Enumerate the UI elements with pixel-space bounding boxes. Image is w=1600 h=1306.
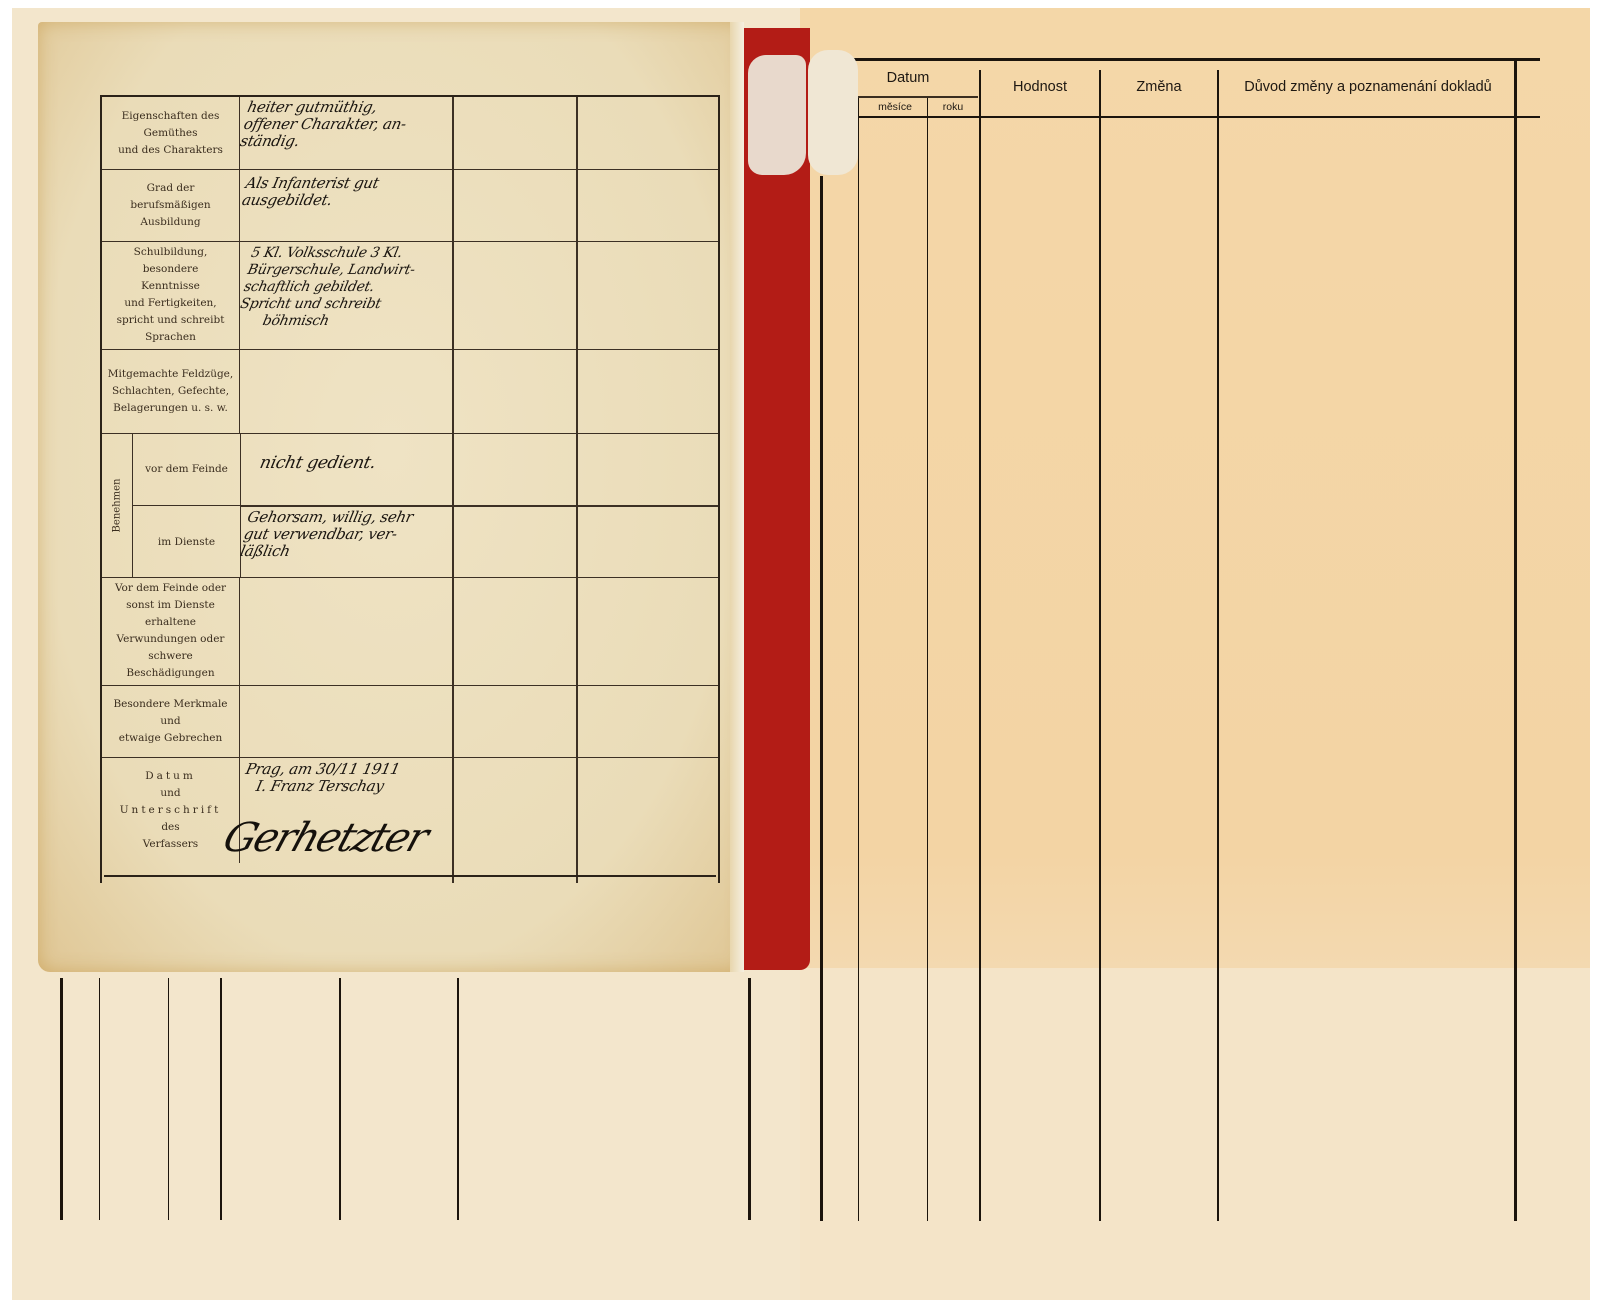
form-row-character: Eigenschaften des Gemüthesund des Charak… bbox=[102, 97, 718, 170]
form-label: Datum und Unterschrift des Verfassers bbox=[102, 757, 240, 863]
form-row-education: Schulbildung, besondere Kenntnisse und F… bbox=[102, 241, 718, 350]
header-zmena: Změna bbox=[1100, 58, 1218, 116]
handwritten-entry: heiter gutmüthig, offener Charakter, an-… bbox=[239, 99, 412, 150]
handwritten-entry: Gehorsam, willig, sehr gut verwendbar, v… bbox=[239, 509, 415, 560]
header-datum: Datum bbox=[838, 58, 978, 98]
form-row-training: Grad der berufsmäßigenAusbildung Als Inf… bbox=[102, 169, 718, 242]
water-stain-right bbox=[808, 50, 858, 175]
conduct-group-label: Benehmen bbox=[102, 433, 133, 577]
col-rule-year bbox=[979, 70, 981, 1221]
form-row-injuries: Vor dem Feinde oder sonst im Dienste erh… bbox=[102, 577, 718, 686]
header-hodnost: Hodnost bbox=[980, 58, 1100, 116]
form-label: Schulbildung, besondere Kenntnisse und F… bbox=[102, 241, 240, 349]
form-bottom-rule bbox=[104, 875, 716, 877]
conduct-service-label: im Dienste bbox=[133, 506, 241, 577]
form-label: Mitgemachte Feldzüge, Schlachten, Gefech… bbox=[102, 349, 240, 433]
header-datum-month: měsíce bbox=[860, 98, 930, 116]
register-right-border bbox=[1514, 58, 1517, 1221]
register-left-border bbox=[820, 176, 823, 1221]
col-rule-zmena bbox=[1217, 70, 1219, 1221]
form-row-conduct: Benehmen vor dem Feinde im Dienste nicht… bbox=[102, 433, 718, 578]
col-rule-hodnost bbox=[1099, 70, 1101, 1221]
conduct-enemy-label: vor dem Feinde bbox=[133, 433, 241, 506]
handwritten-entry: nicht gedient. bbox=[258, 455, 377, 472]
author-signature: Gerhetzter bbox=[218, 815, 433, 861]
col-rule-month bbox=[927, 98, 928, 1221]
handwritten-date-place: Prag, am 30/11 1911 I. Franz Terschay bbox=[240, 761, 401, 795]
handwritten-entry: 5 Kl. Volksschule 3 Kl. Bürgerschule, La… bbox=[235, 245, 420, 330]
form-row-campaigns: Mitgemachte Feldzüge, Schlachten, Gefech… bbox=[102, 349, 718, 434]
header-duvod: Důvod změny a poznamenání dokladů bbox=[1218, 58, 1518, 116]
card-edge bbox=[730, 22, 744, 972]
form-row-marks: Besondere Merkmale und etwaige Gebrechen bbox=[102, 685, 718, 758]
form-label: Vor dem Feinde oder sonst im Dienste erh… bbox=[102, 577, 240, 685]
form-label: Besondere Merkmale und etwaige Gebrechen bbox=[102, 685, 240, 757]
form-label: Eigenschaften des Gemüthesund des Charak… bbox=[102, 97, 240, 169]
col-rule-day bbox=[858, 98, 859, 1221]
qualification-form: Eigenschaften des Gemüthesund des Charak… bbox=[100, 95, 720, 883]
header-datum-year: roku bbox=[928, 98, 978, 116]
register-header-rule bbox=[838, 116, 1540, 118]
register-table: Datum .ne měsíce roku Hodnost Změna Důvo… bbox=[838, 58, 1540, 1223]
water-stain bbox=[748, 55, 806, 175]
conduct-divider bbox=[240, 505, 718, 507]
handwritten-entry: Als Infanterist gut ausgebildet. bbox=[240, 175, 380, 209]
form-label: Grad der berufsmäßigenAusbildung bbox=[102, 169, 240, 241]
